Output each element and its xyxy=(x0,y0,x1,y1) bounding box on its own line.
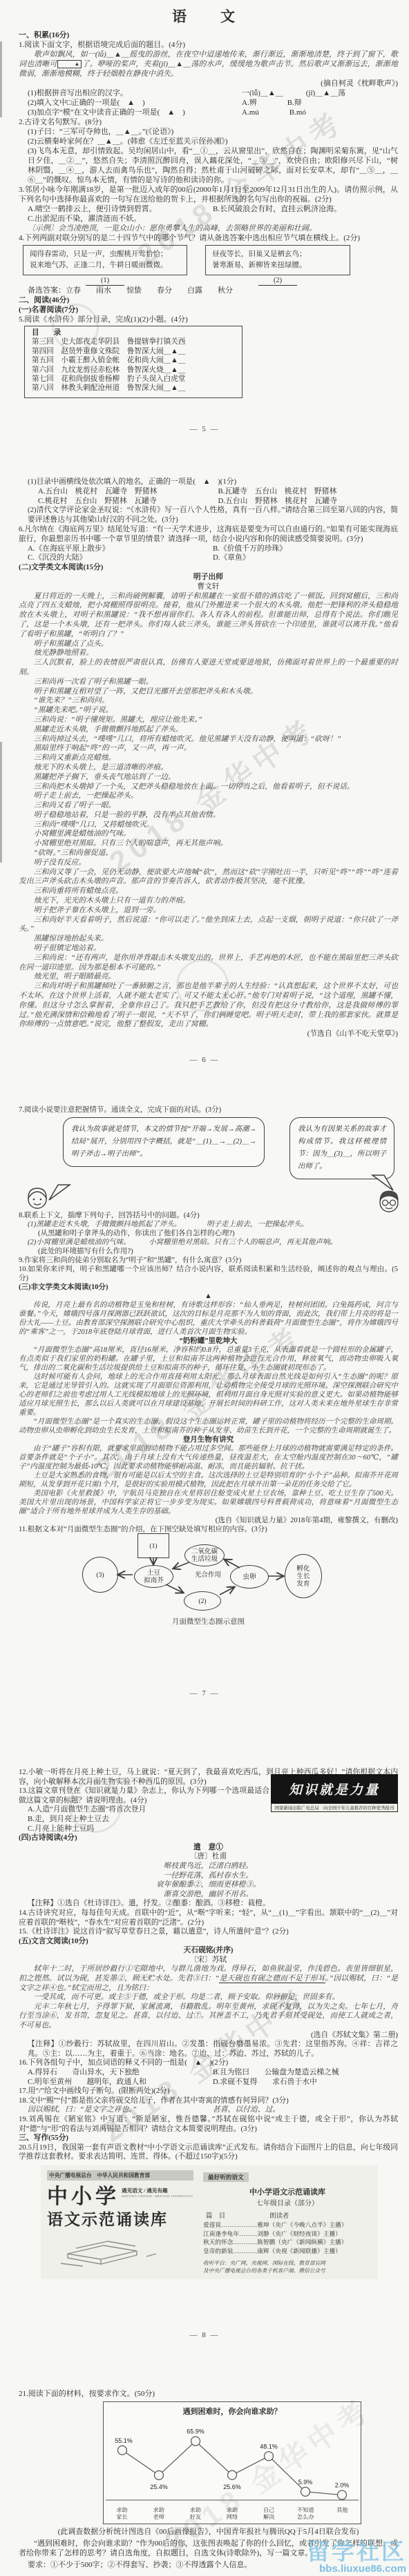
exam-paper-scan: 2018 金华中考 2018 金华中考 2018 金华中考 2018 金华中考 … xyxy=(0,0,409,2576)
article-title-blank: ▲ xyxy=(19,1292,398,1301)
story-author: 曹文轩 xyxy=(19,582,398,592)
page-number-6: — 6 — xyxy=(0,1056,409,1064)
catalog-entry: 皇帝的新装…………康辉（央视《新闻联播》主播） xyxy=(203,2247,372,2256)
option-row: C.桃花村 五台山 野猪林 瓦罐寺D.五台山 野猪林 桃花村 瓦罐寺 xyxy=(19,497,398,507)
answer-blanks: (1) (2) xyxy=(23,277,350,286)
story-paragraph: 三和尚说：“明子懂规矩。黑罐大，理应让他先来。” xyxy=(19,716,398,725)
story-paragraphs: 夏日将近的一天晚上，三和尚破例解囊，请明子和黑罐在一家很不错的酒店吃了一顿饭。回… xyxy=(19,592,398,1030)
poster-tagline-cn: 遇见语文 / 遇见有趣 xyxy=(122,2187,193,2194)
chart-source-caption: (此调查数据分析统计图选自《00后画像报告》，中国青年报社与腾讯QQ于5月4日联… xyxy=(19,2527,398,2537)
question-stem: 16.下列各组句子中，加点词语的释义不同的一组是( ▲ )(2分) xyxy=(19,2058,398,2068)
question-stem: 11.根据文本对“月面微型生态圈”的介绍，在下图空缺处填写相应的内容。(3分) xyxy=(19,1525,398,1534)
subsection-heading: (四)古诗阅读(4分) xyxy=(19,1833,398,1843)
option-row: C.明年至黄州 越明年，政通人和D.求砚不复得 求石兽于水中 xyxy=(19,2078,398,2087)
classical-notes: 【注释】①纱縠行：苏轼故里，在四川眉山。②发墨：指砚台磨墨易浓。③先君：这里指苏… xyxy=(19,2040,398,2058)
article-paragraph: 土豆是大家熟悉的食物，很有可能是以后太空的主食。这次选择的土豆是特别培育的“小个… xyxy=(19,1471,398,1489)
dialogue-illustration: 我认为故事就是情节，本文的情节按“开端→发展→高潮→结局”展开，分别用四个字概括… xyxy=(19,1116,398,1211)
boxed-blank: ▲ xyxy=(57,60,82,68)
option-row: C.《沉没的大陆》D.《章鱼》 xyxy=(19,553,398,563)
option: C.出淤泥而不染，濯清涟而不妖。 xyxy=(19,214,398,224)
section-heading: 二、阅读(46分) xyxy=(19,295,398,305)
story-paragraph: 黑罐惊讶地抬起头来。 xyxy=(19,934,398,944)
poster-right-panel: 最好听的语文 中小学语文示范诵读库 七年级目录（部分） 篇 目朗读者 爱莲说……… xyxy=(203,2170,372,2274)
poster-left-panel: 中央广播电视总台 中华人民共和国教育部 中小学遇见语文 / 遇见有趣MEETIN… xyxy=(47,2170,193,2274)
option: A.晴空一鹤排云上，便引诗情到碧霄。 xyxy=(28,204,213,214)
story-paragraph: 三和尚重将所有蜡烛点亮。 xyxy=(19,887,398,896)
section-heading: 三、写作(55分) xyxy=(19,2134,398,2143)
quoted-sentence: 甚喜，以付迨、过。 xyxy=(213,2105,398,2115)
data-label: 25.4% xyxy=(150,2484,168,2490)
x-axis-label: 求助 老师 xyxy=(140,2507,177,2521)
story-source: (节选自《山羊不吃天堂草》) xyxy=(19,1030,398,1039)
answer-options: 一(lǚ)＿▲＿ (jī)＿▲＿荡 xyxy=(242,88,398,98)
sub-question-row: (1)根据拼音写出相应的汉字。一(lǚ)＿▲＿ (jī)＿▲＿荡 xyxy=(19,88,398,98)
x-axis-label: 求助 家长 xyxy=(104,2507,140,2521)
question-stem: 3.邻居小咏今年刚满18岁，是第一批迈入成年的00后(2000年1月1日至200… xyxy=(19,185,398,204)
chart-x-axis: 求助 家长求助 老师求助 好友求助 网络自己 解决不知道 怎么办其他 xyxy=(104,2506,361,2524)
x-axis-label: 求助 好友 xyxy=(177,2507,213,2521)
option: D.五台山 野猪林 桃花村 瓦罐寺 xyxy=(218,497,399,507)
classical-author: 〔宋〕苏轼 xyxy=(19,1956,398,1965)
story-paragraph: 烛光静静地照着。 xyxy=(19,649,398,658)
story-paragraph: “谁先来？”三和尚问。 xyxy=(19,696,398,706)
page-number-7: — 7 — xyxy=(0,1689,409,1698)
option: C.《沉没的大陆》 xyxy=(28,553,213,563)
toc-row: 第八回 林教头刺配沧州道 鲁智深大闹＿▲＿ xyxy=(32,384,235,393)
poster-catalog-header: 篇 目朗读者 xyxy=(203,2210,372,2220)
blank-2: (2) xyxy=(205,277,350,286)
data-point xyxy=(228,2470,237,2479)
speech-bubble-left: 我认为故事就是情节，本文的情节按“开端→发展→高潮→结局”展开，分别用四个字概括… xyxy=(63,1117,265,1167)
page-number-8: — 8 — xyxy=(0,2331,409,2339)
story-paragraph: 黑暗里终于响起“咚”的一声，又一声，再一声。 xyxy=(19,744,398,754)
sub-question: (1)根据拼音写出相应的汉字。 xyxy=(28,88,242,98)
option: A.得异石 奇山异水，天下独绝 xyxy=(28,2068,213,2078)
question-stem: 13.这篇文章刊登在《知识就是力量》杂志上，你认为下列哪一个选项最适合做这篇文章… xyxy=(19,1787,269,1805)
option: A.《在海底平原上散步》 xyxy=(28,544,213,554)
poem-line: 啭枝黄鸟近，泛渚白鸥轻。 xyxy=(19,1862,398,1871)
couplet-box-1: 闻得春雷动，只是一声，虫醒桃开莺恰恰；说来地气苏，正逢二月，牛耕日暖雨微微。 xyxy=(23,245,187,275)
sub-question: (1)目录中画横线处依次填入的地名，正确的一项是( ▲ )(1分) xyxy=(19,478,398,487)
data-label: 5.9% xyxy=(298,2479,313,2486)
diagram-node-light: (1) xyxy=(137,1533,169,1558)
question-stem: 17.用“/”给文中画线句子断句。(限断两处)(2分) xyxy=(19,2087,398,2096)
story-paragraph: 三和尚又看了明子一眼。 xyxy=(19,801,398,811)
article-source: (选自《知识就是力量》2018年第4期，雍黎撰文，有删改) xyxy=(19,1516,398,1525)
diagram-node-blank-2: (2) xyxy=(184,1591,221,1611)
article-paragraph: 这时候可能有人会问，地球上的光合作用直接利用太阳光，那么月球表面自然光线是如何引… xyxy=(19,1373,398,1417)
toc-title: 目 录 xyxy=(32,328,235,337)
data-label: 25.6% xyxy=(223,2484,241,2490)
option-row: A.晴空一鹤排云上，便引诗情到碧霄。B.长风破浪会有时，直挂云帆济沧海。 xyxy=(19,204,398,214)
story-paragraph: 夏日将近的一天晚上，三和尚破例解囊，请明子和黑罐在一家很不错的酒店吃了一顿饭。回… xyxy=(19,592,398,640)
story-paragraph: 黑罐走近木头墩，手微微颤抖地抓起了斧头。 xyxy=(19,725,398,735)
couplet-line: 昼夜等长，旧巢又是栖玄鸟； xyxy=(212,249,343,260)
option: B.《价值千万的珍珠》 xyxy=(213,544,398,554)
toc-row: 第七回 花和尚倒拔垂杨柳 豹子头误入白虎堂 xyxy=(32,375,235,384)
option: B.长风破浪会有时，直挂云帆济沧海。 xyxy=(213,204,398,214)
classical-paragraph: 一受其成，而不可更。或主⑤于德，或全于形。均是二者，顾予安取。仰唇俯足，世固多有… xyxy=(19,1993,398,2003)
question-stem: 5.阅读《水浒传》部分目录，完成(1)(2)小题。(4分) xyxy=(19,315,398,324)
quoted-sentence: (1)黑罐走近木头墩，手微微颤抖地抓起了斧头。 明子走上前去，一把操起斧头。 xyxy=(19,1220,398,1229)
couplet-boxes: 闻得春雷动，只是一声，虫醒桃开莺恰恰；说来地气苏，正逢二月，牛耕日暖雨微微。 昼… xyxy=(23,245,398,275)
data-label: 2.0% xyxy=(335,2482,350,2489)
toc-row: 第四回 赵员外重修文殊院 鲁智深大闹＿▲＿ xyxy=(32,347,235,356)
diagram-label-photosynthesis: 光合作用 xyxy=(187,1569,229,1580)
column-title: 朗读者 xyxy=(269,2210,289,2220)
option: D.《章鱼》 xyxy=(213,553,398,563)
subsection-heading: (二)文学类文本阅读(15分) xyxy=(19,563,398,573)
subsection-heading: (一)名著阅读(7分) xyxy=(19,305,398,315)
sub-question-row: (2)填入文中□正确的一项是( ▲ )A.辨 B.辩 xyxy=(19,98,398,108)
story-paragraph: 三和尚又等了一会，见仍无动静，便欲要大声地喊“砍”，然而这“砍”字刚吐出一半，只… xyxy=(19,868,398,887)
blank-1: (1) xyxy=(23,277,187,286)
poem-line: 一径野花落，孤村春水生。 xyxy=(19,1871,398,1881)
answer-bank: 备选答案：立春 雨水 惊蛰 春分 白露 秋分 xyxy=(19,286,398,295)
article-paragraph: 美国电影《火星救援》中，宇航员马克独自在火星将居住舱变成火星土豆农场，靠种土豆、… xyxy=(19,1489,398,1516)
article-paragraph: 由于“罐子”容积有限，就要求里面的动植物不能占用过多空间。那些能登上月球的动植物… xyxy=(19,1444,398,1471)
poster-catalog-entries: 爱莲说………………雅坤（央广《今晚八点半》主播）江南逢李龟年………刘静（央广《财… xyxy=(203,2221,372,2255)
story-paragraph: “砍呀。”三和尚催促道。 xyxy=(19,849,398,858)
x-axis-label: 不知道 怎么办 xyxy=(287,2507,324,2521)
question-stem: 20.5月19日，我国第一套有声语文教材“中小学语文示范诵读库”正式发布。请你结… xyxy=(19,2143,398,2162)
story-paragraph: 明子和黑罐互相对望了一阵，又把目光挪开去望那把斧头和木头墩。 xyxy=(19,687,398,697)
survey-line-chart: 55.1%25.4%65.9%25.6%48.1%5.9%2.0% xyxy=(104,2418,361,2502)
story-paragraph: 明子和黑罐点了点头。 xyxy=(19,640,398,649)
story-paragraph: 三和尚再一次看了明子和黑罐一眼。 xyxy=(19,678,398,687)
story-paragraph: 三和尚对明子和黑罐倾吐了一番肺腑之言，那也是他半辈子的人生经验：“认真想起来，这… xyxy=(19,982,398,1030)
subsection-heading: (三)非文学类文本阅读(10分) xyxy=(19,1283,398,1292)
diagram-caption: 月面微型生态圈示意图 xyxy=(19,1618,398,1626)
couplet-line: 暑寒渐易，新柳皆来扭绿腰。 xyxy=(212,260,343,271)
classical-title: 天石砚铭(并序) xyxy=(19,1946,398,1956)
data-point xyxy=(265,2452,274,2461)
question-stem: 8.联系上下文，揣摩下列句子，回答括号中的问题。(4分) xyxy=(19,1211,398,1220)
quoted-sentence: (2)小窝棚里满是蜡烛油的气味。 小窝棚里绝对黑暗。只有三个人的喘息声，再无其他… xyxy=(19,1238,398,1247)
data-point xyxy=(338,2490,347,2499)
question-stem: 1.阅读下面文字，根据语境完成后面的题目。(4分) xyxy=(19,40,398,50)
answer-options: A.mú B.mó xyxy=(242,108,398,117)
passage-source: (摘自柯灵《枕畔歌声》) xyxy=(19,79,398,88)
toc-rows: 第三回 史大郎夜走华阴县 鲁提辖拳打镇关西第四回 赵员外重修文殊院 鲁智深大闹＿… xyxy=(32,337,235,393)
question-stem: 14.古诗讲究对应，每每佳句天成。首联中的“近”，从“啭”字听来；“轻”，从“＿… xyxy=(19,1909,398,1927)
poster-platform-note: 收听平台：央广网、央视网、国际在线、教育部官网及中央广播电视总台的各类手机客户端… xyxy=(203,2259,372,2274)
diagram-node-hatch-grow: 孵化 生长 发育 xyxy=(285,1554,322,1598)
poster-slogan: 最好听的语文 xyxy=(203,2172,249,2182)
question-stem: 2.古诗文名句默写。(8分) xyxy=(19,117,398,127)
option: B.走，到月亮上种土豆去 xyxy=(19,1815,269,1825)
novel-toc-box: 目 录 第三回 史大郎夜走华阴县 鲁提辖拳打镇关西第四回 赵员外重修文殊院 鲁智… xyxy=(24,326,242,398)
toc-row: 第五回 小霸王醉入销金帐 花和尚大闹＿▲＿ xyxy=(32,356,235,365)
story-paragraph: 黑罐把斧子搁下，垂头丧气地站到了一边。 xyxy=(19,773,398,783)
x-axis-label: 求助 网络 xyxy=(213,2507,250,2521)
section-heading: 一、积累(16分) xyxy=(19,30,398,40)
couplet-line: 闻得春雷动，只是一声，虫醒桃开莺恰恰； xyxy=(30,249,180,260)
magazine-banner-caption: 国家新闻出版广电总局 向全国少年儿童推荐的百种优秀报刊 xyxy=(271,1803,398,1812)
cloze-item: (2)云横秦岭家何在？＿▲＿。(韩愈《左迁至蓝关示侄孙湘》) xyxy=(19,137,398,146)
story-paragraph: 明子很镇定地站着。 xyxy=(19,944,398,954)
magazine-banner: 知识就是力量 国家新闻出版广电总局 向全国少年儿童推荐的百种优秀报刊 xyxy=(271,1774,398,1812)
option: A.人造“月面微型生态圈”将首次登月 xyxy=(19,1805,269,1815)
bracket-question: (从黑罐和明子拿斧头的动作，你读出了他们各自怎样的心理?) xyxy=(19,1229,398,1238)
question-stem: 10.如果你来评判，明子和黑罐哪一个应该出师？结合小说内容，联系阅读积累和生活经… xyxy=(19,1265,398,1283)
classical-paragraph: 元丰二年秋七月，予得罪下狱，家属流离，书籍散乱。明年至黄州，求砚不复得，以为失之… xyxy=(19,2003,398,2031)
story-paragraph: 三和尚“噗噗”几口，又将蜡烛吹灭。 xyxy=(19,820,398,830)
bracket-question: (此处的环境描写有什么作用?) xyxy=(19,1247,398,1256)
x-axis-label: 其他 xyxy=(324,2507,361,2521)
story-paragraph: 三和尚把木头墩掉了一个头，又把斧头稳稳地放在上面。一切停当之后，他看着明子，但不… xyxy=(19,783,398,792)
sub-question: (3)加点字“模”在文中读音正确的一项是( ▲ ) xyxy=(28,108,242,117)
column-title: 篇 目 xyxy=(206,2210,225,2220)
data-label: 48.1% xyxy=(260,2443,278,2450)
poster-title-line1: 中小学 xyxy=(47,2185,120,2210)
story-paragraph: 三和尚说：“还有两声，是你用斧背敲击木头墩发出的。世界上，手艺再绝的木匠，也不能… xyxy=(19,954,398,973)
poem-notes: 【注释】①选自《杜诗详注》。遣，抒发。②酿黍：酿酒。③移橙：栽橙。 xyxy=(19,1899,398,1909)
books-sketch-icon xyxy=(55,2233,159,2269)
passage-text: 歌声如飘风，如一(lǚ)＿▲＿摇曳的游丝，在夜空中迢递地传来，渐行渐近，渐渐地清… xyxy=(19,50,398,79)
toc-row: 第三回 史大郎夜走华阴县 鲁提辖拳打镇关西 xyxy=(32,337,235,346)
catalog-entry: 爱莲说………………雅坤（央广《今晚八点半》主播） xyxy=(203,2221,372,2230)
poem-line: 衰年催酿黍②，细雨更移橙③。 xyxy=(19,1880,398,1890)
data-point xyxy=(118,2446,127,2455)
site-watermark-name: 留学社区 xyxy=(307,2540,406,2563)
article-subheading: “奶粉罐”里乾坤大 xyxy=(19,1337,398,1346)
couplet-line: 说来地气苏，正逢二月，牛耕日暖雨微微。 xyxy=(30,260,180,271)
poster-catalog-subtitle: 七年级目录（部分） xyxy=(203,2197,372,2208)
quote-row: 因以赐轼，曰：“是文字之祥也。”甚喜，以付迨、过。 xyxy=(19,2105,398,2115)
catalog-entry: 江南逢李龟年………刘静（央广《财经夜谈》主播） xyxy=(203,2230,372,2239)
site-watermark: 留学社区 bbs.liuxue86.com xyxy=(307,2540,406,2575)
data-point xyxy=(155,2471,164,2480)
example-note: 〔示例〕会当凌绝顶，一览众山小：愿你勇攀人生的高峰，去领略世界的美丽和壮阔。 xyxy=(19,224,398,233)
option: D.求砚不复得 求石兽于水中 xyxy=(213,2078,398,2087)
toc-row: 第六回 九纹龙剪径赤松林 鲁智深火烧＿▲＿ xyxy=(32,366,235,375)
poster-tagline: 遇见语文 / 遇见有趣MEETING CHINESE / MEETING INT… xyxy=(122,2187,193,2198)
story-paragraph: 小窝棚里绝对黑暗。只有三个人的喘息声，再无其他声响。 xyxy=(19,839,398,849)
data-point xyxy=(191,2437,200,2446)
story-paragraph: 三人沉默着，脸上的表情很严肃很认真，仿佛有人要进天堂或要进地狱，仿佛面对着世界上… xyxy=(19,658,398,678)
speech-bubble-right: 我认为有因果关系的故事才构成情节。我这样梳理情节：因为＿(3)＿，所以明子出师了… xyxy=(289,1117,394,1179)
bubble-tail xyxy=(48,1183,71,1201)
poster-catalog-title: 中小学语文示范诵读库 xyxy=(203,2186,372,2197)
article-subheading: 登月生物有讲究 xyxy=(19,1435,398,1444)
page5-content: 语 文 一、积累(16分) 1.阅读下面文字，根据语境完成后面的题目。(4分) … xyxy=(0,4,409,398)
diagram-node-plants: 土豆 拟南芥 xyxy=(134,1565,173,1588)
classical-source: (选自《苏轼文集》第二册) xyxy=(19,2031,398,2041)
story-paragraph: 明子把斧子靠在木头墩上，退到一旁。 xyxy=(19,906,398,916)
question-stem: 7.阅读小说要注意把握情节。通读全文，完成下面的对话。(3分) xyxy=(19,1105,398,1114)
story-paragraph: 明子走上前去，一把操起斧头。 xyxy=(19,792,398,801)
subsection-heading: (五)文言文阅读(10分) xyxy=(19,1937,398,1947)
data-label: 55.1% xyxy=(115,2437,133,2444)
option-row: A.《在海底平原上散步》B.《价值千万的珍珠》 xyxy=(19,544,398,554)
question-stem: 6.凡尔纳在《海底两万里》结尾处写道：“有一天学术进步，这海底是要变为可以自由通… xyxy=(19,525,398,544)
story-paragraph: 明子没有反应。 xyxy=(19,858,398,868)
poem-line: 渐喜交游绝，幽居不用名。 xyxy=(19,1890,398,1900)
question-stem: 19.刘禹锡在《陋室铭》中写道：“斯是陋室，惟吾德馨。”苏轼在砚铭中说“或主于德… xyxy=(19,2115,398,2134)
cloze-item: (3)飞鸟本无意，却引情致起。吴均闲居山中，看“＿①＿，云从窗里出”，欣然自在；… xyxy=(19,146,398,185)
answer-options: A.辨 B.辩 xyxy=(242,98,398,108)
option: B.瓦罐寺 五台山 桃花村 野猪林 xyxy=(218,487,399,497)
note-line: 收听平台：央广网、央视网、国际在线、教育部官网 xyxy=(203,2259,372,2267)
poem-lines: 啭枝黄鸟近，泛渚白鸥轻。一径野花落，孤村春水生。衰年催酿黍②，细雨更移橙③。渐喜… xyxy=(19,1862,398,1899)
article-paragraph: “月面微型生态圈”是一个真实的生态圈，假设这个生态圈运转正常，罐子里的动植物将经… xyxy=(19,1417,398,1435)
poster-agencies: 中央广播电视总台 中华人民共和国教育部 xyxy=(47,2170,193,2181)
site-watermark-url: bbs.liuxue86.com xyxy=(307,2563,406,2575)
quoted-sentence: 因以赐轼，曰：“是文字之祥也。” xyxy=(28,2105,213,2115)
catalog-entry: 秋天的怀念…………陈智鹏（央广《新闻纵横》主播） xyxy=(203,2238,372,2247)
page-number-5: — 5 — xyxy=(0,425,409,433)
article-paragraph: “月面微型生态圈”高18厘米，直径16厘米，净容积约0.8升，总重量3千克，从表… xyxy=(19,1346,398,1373)
x-axis-label: 自己 解决 xyxy=(251,2507,287,2521)
note-line: 及中央广播电视总台的各类手机客户端、微信公众号 xyxy=(203,2267,372,2274)
paper-title: 语 文 xyxy=(19,6,398,26)
option: C.明年至黄州 越明年，政通人和 xyxy=(28,2078,213,2087)
poster-title-line2: 语文示范诵读库 xyxy=(47,2210,193,2230)
data-point xyxy=(301,2487,310,2496)
story-paragraph: 三和尚好半天看着明子，然后说道：“你可以走了。”他坐到床上去，点起一支烟，朝明子… xyxy=(19,916,398,935)
question-stem: 18.文中“赐”“付”都是指父亲将砚交给儿子，作者在其中寄寓的情感有何异同？(3… xyxy=(19,2096,398,2106)
sub-question: (2)清代文学评论家金圣叹说：“《水浒传》写一百八个人性格，真有一百八样。”请结… xyxy=(19,506,398,525)
poem-author: 〔唐〕杜甫 xyxy=(19,1852,398,1862)
couplet-box-2: 昼夜等长，旧巢又是栖玄鸟；暑寒渐易，新柳皆来扭绿腰。 xyxy=(205,245,350,275)
option: B.且为铭曰 公输盘为楚造云梯之械 xyxy=(213,2068,398,2078)
underlined-sentence: 是天砚也有砚之德而不足于形耳 xyxy=(219,1974,325,1983)
poem-title: 遣 意① xyxy=(19,1843,398,1853)
sub-question: (2)填入文中□正确的一项是( ▲ ) xyxy=(28,98,242,108)
option-row: A.五台山 桃花村 瓦罐寺 野猪林B.瓦罐寺 五台山 桃花村 野猪林 xyxy=(19,487,398,497)
page8-content: 12.小敏一听将在月亮上种土豆，马上就说：“夏天到了，我最喜欢吃西瓜，到月亮上种… xyxy=(0,1768,409,2279)
data-label: 65.9% xyxy=(187,2428,204,2435)
question-stem: 9.作家将三和尚的徒弟分别取名为“明子”和“黑罐”，有什么寓意？(3分) xyxy=(19,1256,398,1265)
survey-chart-box: 遇到困难时，你会向谁求助？ 55.1%25.4%65.9%25.6%48.1%5… xyxy=(103,2401,361,2524)
question-stem: 21.阅读下面的材料，按要求作文。(50分) xyxy=(19,2389,398,2399)
story-paragraph: 三和尚掉过头去，“噗噗”几口，将所有蜡烛吹灭。他见黑罐半天没有动静，便叫道：“砍… xyxy=(19,735,398,745)
magazine-logo-text: 知识就是力量 xyxy=(271,1774,398,1803)
story-paragraph: 烛光里，明子眼睛最亮。 xyxy=(19,972,398,982)
story-paragraph: 烛光下，光光的木头墩上只有一道有力的斧痕。 xyxy=(19,896,398,906)
story-paragraph: 三和尚又重新点亮蜡烛。 xyxy=(19,754,398,763)
question-stem: 4.下列两副对联分别写的是二十四节气中的哪个节气？请从备选答案中选出相应节气填在… xyxy=(19,233,398,243)
option: C.桃花村 五台山 野猪林 瓦罐寺 xyxy=(38,497,218,507)
poster-tagline-en: MEETING CHINESE / MEETING INTERESTING xyxy=(122,2194,193,2198)
cloze-item: (1)子曰：“三军可夺帅也，＿▲＿。”(《论语》) xyxy=(19,127,398,137)
option-row: A.得异石 奇山异水，天下独绝B.且为铭曰 公输盘为楚造云梯之械 xyxy=(19,2068,398,2078)
diagram-node-co2-waste: 二氧化碳 生活垃圾 xyxy=(184,1544,225,1566)
page7-content: 7.阅读小说要注意把握情节。通读全文，完成下面的对话。(3分) 我认为故事就是情… xyxy=(0,1105,409,1626)
page6-content: (1)目录中画横线处依次填入的地名，正确的一项是( ▲ )(1分) A.五台山 … xyxy=(0,478,409,1039)
ecosystem-diagram: (1) 土豆 拟南芥 二氧化碳 生活垃圾 光合作用 (2) 虫卵 孵化 生长 发… xyxy=(19,1536,398,1618)
boy-face-icon xyxy=(375,1188,403,1215)
story-paragraph: 明子稳稳地站着，只是一脸的平静，没有半点其他表情。 xyxy=(19,811,398,820)
q13-block: 13.这篇文章刊登在《知识就是力量》杂志上，你认为下列哪一个选项最适合做这篇文章… xyxy=(19,1787,398,1833)
article-paragraph: 传说，月亮上最有名的动植物是玉兔和桂树，有诗歌这样形容：“仙人垂两足，桂树何团团… xyxy=(19,1301,398,1337)
question-stem: 15.《杜诗详注》说这首诗“叙写草堂春日之景，藉以遣意”，诗人所遣何“意”？(2… xyxy=(19,1927,398,1937)
textbook-poster-image: 中央广播电视总台 中华人民共和国教育部 中小学遇见语文 / 遇见有趣MEETIN… xyxy=(41,2165,378,2279)
sub-question-row: (3)加点字“模”在文中读音正确的一项是( ▲ )A.mú B.mó xyxy=(19,108,398,117)
diagram-node-blank-3: (3) xyxy=(82,1557,118,1593)
story-paragraph: 烛光下的木头墩上，是三道清晰的斧痕。 xyxy=(19,763,398,773)
option: A.五台山 桃花村 瓦罐寺 野猪林 xyxy=(38,487,218,497)
classical-paragraph: 轼年十二时，于所居纱縠行①宅隙地中，与群儿凿地为戏。得异石，如鱼肤温莹，作浅碧色… xyxy=(19,1965,398,1993)
girl-face-icon xyxy=(24,1185,50,1211)
story-title: 明子出师 xyxy=(19,573,398,582)
diagram-node-eggs: 虫卵 xyxy=(230,1565,269,1589)
chart-title: 遇到困难时，你会向谁求助？ xyxy=(104,2406,361,2417)
story-paragraph: 小窝棚里满是蜡烛油的气味。 xyxy=(19,829,398,839)
option: C.月亮上能种土豆吗 xyxy=(19,1825,269,1834)
story-paragraph: “黑罐先来吧。”明子说。 xyxy=(19,706,398,716)
